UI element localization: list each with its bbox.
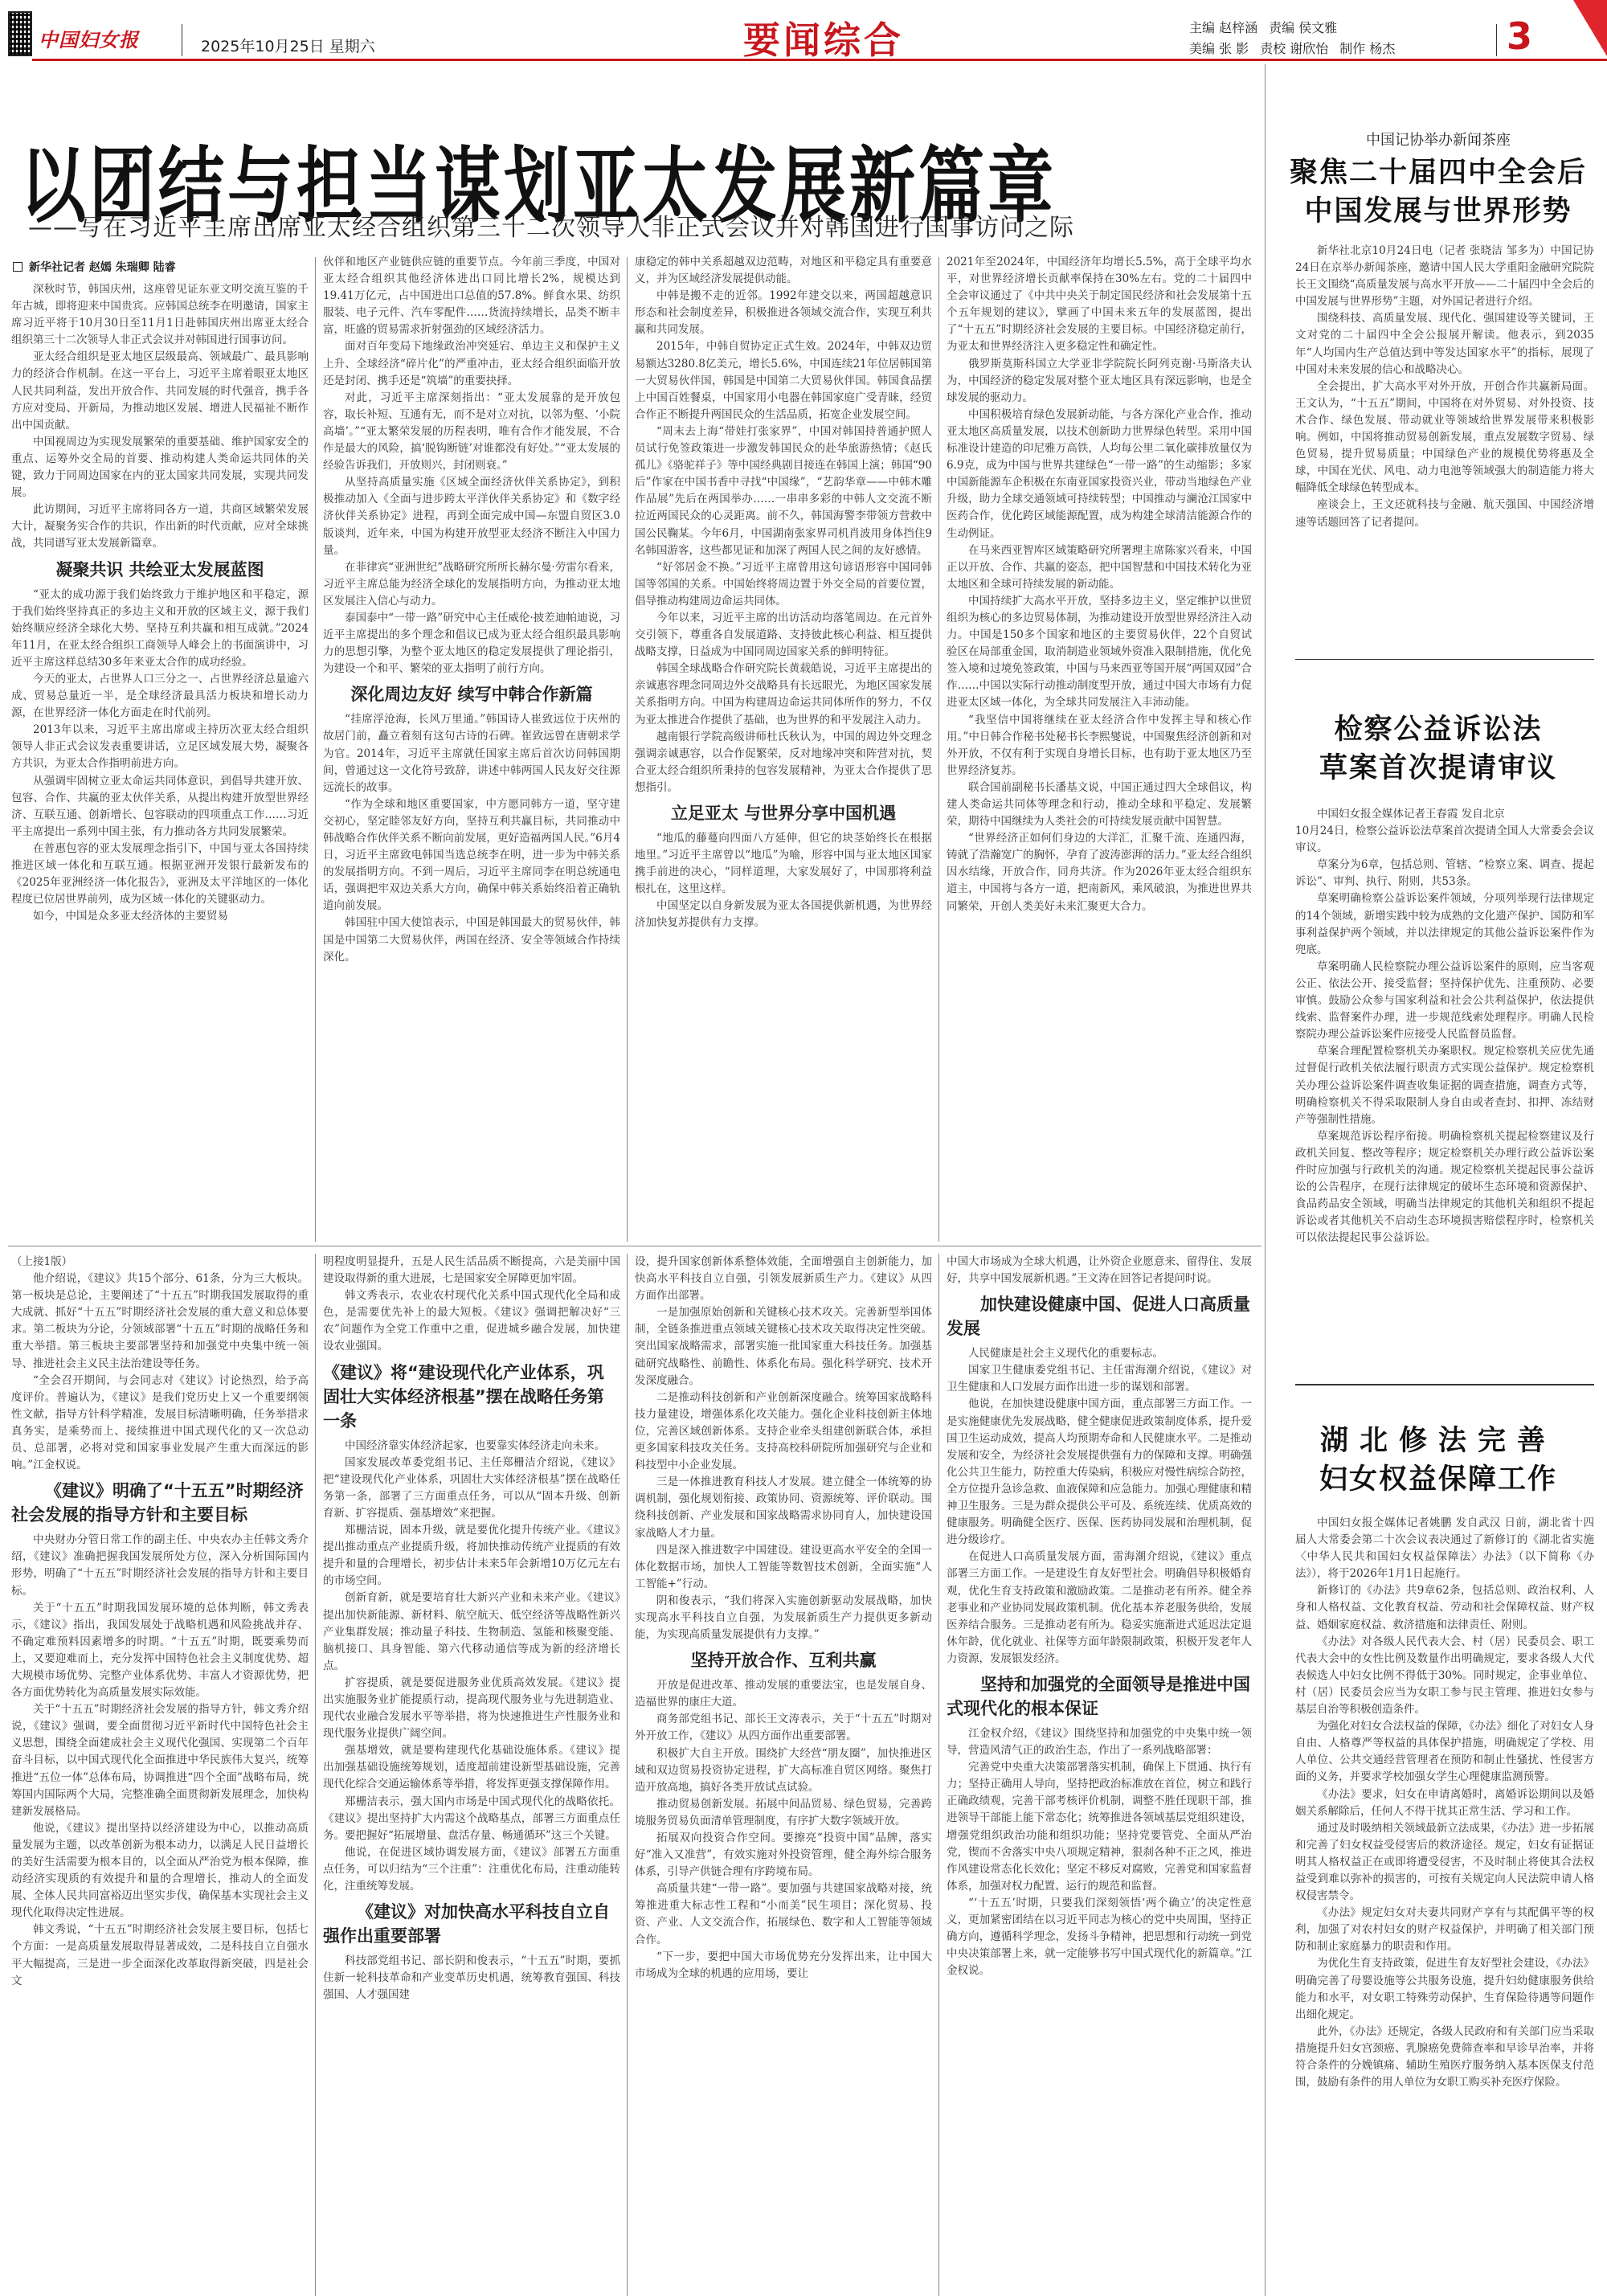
paragraph: 他说，在促进区域协调发展方面，《建议》部署五方面重点任务，可以归结为“三个注重”… xyxy=(323,1844,620,1895)
paragraph: 为优化生育支持政策，促进生育友好型社会建设，《办法》明确完善了母婴设施等公共服务… xyxy=(1295,1955,1594,2023)
divider xyxy=(182,24,182,56)
paragraph: 《办法》对各级人民代表大会、村（居）民委员会、职工代表大会中的女性比例及数量作出… xyxy=(1295,1634,1594,1718)
paragraph: 在普惠包容的亚太发展理念指引下，中国与亚太各国持续推进区域一体化和互联互通。根据… xyxy=(11,841,309,908)
sidebar-story3-title-line1[interactable]: 湖北修法完善 xyxy=(1286,1422,1591,1459)
sidebar-story2-title-line2[interactable]: 草案首次提请审议 xyxy=(1286,750,1591,787)
paragraph: 他说，《建议》提出坚持以经济建设为中心，以推动高质量发展为主题，以改革创新为根本… xyxy=(11,1820,309,1922)
paragraph: 对此，习近平主席深刻指出：“亚太发展靠的是开放包容，取长补短、互通有无，而不是对… xyxy=(323,390,620,474)
square-icon xyxy=(13,262,22,272)
paragraph: 亚太经合组织是亚太地区层级最高、领域最广、最具影响力的经济合作机制。在这一平台上… xyxy=(11,349,309,433)
paragraph: “作为全球和地区重要国家，中方愿同韩方一道，坚守建交初心，坚定睦邻友好方向，坚持… xyxy=(323,796,620,915)
sidebar-divider xyxy=(1265,64,1266,2296)
sidebar-story1-title-line1[interactable]: 聚焦二十届四中全会后 xyxy=(1286,154,1591,191)
paragraph: 草案合理配置检察机关办案职权。规定检察机关应优先通过督促行政机关依法履行职责方式… xyxy=(1295,1043,1594,1128)
section-heading: 《建议》将“建设现代化产业体系，巩固壮大实体经济根基”摆在战略任务第一条 xyxy=(323,1361,620,1433)
paragraph: 二是推动科技创新和产业创新深度融合。统筹国家战略科技力量建设，增强体系化攻关能力… xyxy=(635,1389,932,1474)
credit: 责编 侯文雅 xyxy=(1269,20,1337,35)
paragraph: 此访期间，习近平主席将同各方一道，共商区域繁荣发展大计，凝聚务实合作的共识，作出… xyxy=(11,501,309,552)
paragraph: 中国大市场成为全球大机遇，让外资企业愿意来、留得住、发展好，共享中国发展新机遇。… xyxy=(947,1254,1252,1287)
paragraph: 《办法》规定妇女对夫妻共同财产享有与其配偶平等的权利，加强了对农村妇女的财产权益… xyxy=(1295,1905,1594,1955)
sidebar-divider xyxy=(1295,1384,1594,1385)
sidebar-story3-title-line2[interactable]: 妇女权益保障工作 xyxy=(1286,1461,1591,1498)
continuation-column-4: 中国大市场成为全球大机遇，让外资企业愿意来、留得住、发展好，共享中国发展新机遇。… xyxy=(947,1254,1252,2296)
section-heading: 凝聚共识 共绘亚太发展蓝图 xyxy=(11,558,309,582)
column-divider xyxy=(938,1254,939,2296)
paragraph: “地瓜的藤蔓向四面八方延伸，但它的块茎始终长在根据地里。”习近平主席曾以“地瓜”… xyxy=(635,830,932,898)
paragraph: 2013年以来，习近平主席出席或主持历次亚太经合组织领导人非正式会议发表重要讲话… xyxy=(11,722,309,772)
column-divider xyxy=(315,257,316,1242)
paragraph: “下一步，要把中国大市场优势充分发挥出来，让中国大市场成为全球的机遇的应用场，要… xyxy=(635,1949,932,1983)
paragraph: 中国坚定以自身新发展为亚太各国提供新机遇，为世界经济加快复苏提供有力支撑。 xyxy=(635,898,932,931)
sidebar-story2-title-line1[interactable]: 检察公益诉讼法 xyxy=(1286,711,1591,748)
paragraph: 草案明确检察公益诉讼案件领域，分项列举现行法律规定的14个领域，新增实践中较为成… xyxy=(1295,890,1594,958)
sidebar-story1-body: 新华社北京10月24日电（记者 张晓洁 邹多为）中国记协24日在京举办新闻茶座，… xyxy=(1295,243,1594,645)
paragraph: 国家发展改革委党组书记、主任郑栅洁介绍说，《建议》把“建设现代化产业体系，巩固壮… xyxy=(323,1455,620,1522)
paragraph: 联合国前副秘书长潘基文说，中国正通过四大全球倡议，构建人类命运共同体等理念和行动… xyxy=(947,780,1252,830)
section-heading: 《建议》对加快高水平科技自立自强作出重要部署 xyxy=(323,1900,620,1948)
paragraph: 扩容提质，就是要促进服务业优质高效发展。《建议》提出实施服务业扩能提质行动，提高… xyxy=(323,1675,620,1742)
paragraph: 通过及时吸纳相关领域最新立法成果，《办法》进一步拓展和完善了妇女权益受侵害后的救… xyxy=(1295,1820,1594,1905)
section-heading: 加快建设健康中国、促进人口高质量发展 xyxy=(947,1292,1252,1340)
section-heading: 坚持开放合作、互利共赢 xyxy=(635,1648,932,1672)
paragraph: 草案明确人民检察院办理公益诉讼案件的原则，应当客观公正、依法公开、接受监督；坚持… xyxy=(1295,959,1594,1043)
byline-text: 新华社记者 赵嫣 朱瑞卿 陆睿 xyxy=(29,261,176,274)
column-divider xyxy=(938,257,939,1242)
corner-triangle-icon xyxy=(1573,0,1607,56)
paragraph: 中国积极培育绿色发展新动能，与各方深化产业合作，推动亚太地区高质量发展，以技术创… xyxy=(947,407,1252,542)
sidebar-story3-body: 中国妇女报全媒体记者姚鹏 发自武汉 日前，湖北省十四届人大常委会第二十次会议表决… xyxy=(1295,1515,1594,2296)
paragraph: “好邻居金不换。”习近平主席曾用这句谚语形容中国同韩国等邻国的关系。中国始终将周… xyxy=(635,559,932,610)
paragraph: 高质量共建“一带一路”。要加强与共建国家战略对接，统筹推进重大标志性工程和“小而… xyxy=(635,1881,932,1948)
paragraph: 在菲律宾“亚洲世纪”战略研究所所长赫尔曼·劳雷尔看来，习近平主席总能为经济全球化… xyxy=(323,559,620,610)
credit: 美编 张 影 xyxy=(1189,41,1249,56)
paragraph: “周末去上海“带娃打张家界”，中国对韩国持普通护照人员试行免签政策进一步激发韩国… xyxy=(635,424,932,559)
editor-credits: 主编 赵梓涵责编 侯文雅 美编 张 影责校 谢欣怡制作 杨杰 xyxy=(1189,18,1406,59)
paragraph: 完善党中央重大决策部署落实机制，确保上下贯通、执行有力；坚持正确用人导向，坚持把… xyxy=(947,1759,1252,1895)
section-heading: 坚持和加强党的全面领导是推进中国式现代化的根本保证 xyxy=(947,1672,1252,1721)
paragraph: 他介绍说，《建议》共15个部分、61条，分为三大板块。第一板块是总论，主要阐述了… xyxy=(11,1271,309,1373)
continuation-column-2: 明程度明显提升，五是人民生活品质不断提高，六是美丽中国建设取得新的重大进展，七是… xyxy=(323,1254,620,2296)
paragraph: “世界经济正如何们身边的大洋汇，汇聚千流、连通四海，铸就了浩瀚宽广的胸怀，孕育了… xyxy=(947,830,1252,915)
dateline: 中国妇女报全媒体记者王春霞 发自北京 xyxy=(1317,808,1505,821)
column-divider xyxy=(315,1254,316,2296)
masthead-rule xyxy=(32,59,1607,61)
paragraph: 三是一体推进教育科技人才发展。建立健全一体统筹的协调机制，强化规划衔接、政策协同… xyxy=(635,1474,932,1541)
column-divider xyxy=(627,257,628,1242)
paragraph: 中央财办分管日常工作的副主任、中央农办主任韩文秀介绍，《建议》准确把握我国发展所… xyxy=(11,1532,309,1599)
paragraph: 中国持续扩大高水平开放，坚持多边主义，坚定维护以世贸组织为核心的多边贸易体制，为… xyxy=(947,593,1252,712)
paragraph: 韩国驻中国大使馆表示，中国是韩国最大的贸易伙伴，韩国是中国第二大贸易伙伴，两国在… xyxy=(323,915,620,965)
paragraph: “亚太的成功源于我们始终致力于维护地区和平稳定，源于我们始终坚持真正的多边主义和… xyxy=(11,587,309,671)
masthead: 中国妇女报 2025年10月25日 星期六 要闻综合 主编 赵梓涵责编 侯文雅 … xyxy=(0,0,1607,60)
paragraph: 面对百年变局下地缘政治冲突延宕、单边主义和保护主义上升、全球经济“碎片化”的严重… xyxy=(323,338,620,389)
lead-subheadline: ——写在习近平主席出席亚太经合组织第三十二次领导人非正式会议并对韩国进行国事访问… xyxy=(28,207,1074,243)
continuation-column-1: （上接1版） 他介绍说，《建议》共15个部分、61条，分为三大板块。第一板块是总… xyxy=(11,1254,309,2296)
paragraph: 设，提升国家创新体系整体效能，全面增强自主创新能力，加快高水平科技自立自强，引领… xyxy=(635,1254,932,1304)
page-number: 3 xyxy=(1507,14,1532,58)
lead-column-4: 2021年至2024年，中国经济年均增长5.5%，高于全球平均水平，对世界经济增… xyxy=(947,254,1252,1238)
divider xyxy=(1496,24,1497,56)
paragraph: 阴和俊表示，“我们将深入实施创新驱动发展战略，加快实现高水平科技自立自强，为发展… xyxy=(635,1593,932,1643)
paragraph: “‘十五五’时期，只要我们深刻领悟‘两个确立’的决定性意义，更加紧密团结在以习近… xyxy=(947,1895,1252,1979)
paragraph: 从坚持高质量实施《区域全面经济伙伴关系协定》，到积极推动加入《全面与进步跨太平洋… xyxy=(323,474,620,559)
paragraph: 韩文秀说，“十五五”时期经济社会发展主要目标，包括七个方面：一是高质量发展取得显… xyxy=(11,1922,309,1989)
paragraph: 推动贸易创新发展。拓展中间品贸易、绿色贸易，完善跨境服务贸易负面清单管理制度，有… xyxy=(635,1796,932,1830)
paragraph: 拓展双向投资合作空间。要擦亮“投资中国”品牌，落实好“准入又准营”，有效实施对外… xyxy=(635,1830,932,1881)
paragraph: 泰国泰中“一带一路”研究中心主任威伦·披差迪帕迪说，习近平主席提出的多个理念和倡… xyxy=(323,610,620,677)
paragraph: 郑栅洁说，固本升级，就是要优化提升传统产业。《建议》提出推动重点产业提质升级，将… xyxy=(323,1522,620,1590)
paragraph: 围绕科技、高质量发展、现代化、强国建设等关键词，王文对党的二十届四中全会公报展开… xyxy=(1295,310,1594,378)
paragraph: 今天的亚太，占世界人口三分之一、占世界经济总量逾六成、贸易总量近一半，是全球经济… xyxy=(11,671,309,722)
paragraph: 一是加强原始创新和关键核心技术攻关。完善新型举国体制，全链条推进重点领域关键核心… xyxy=(635,1304,932,1389)
paragraph: 商务部党组书记、部长王文涛表示，关于“十五五”时期对外开放工作，《建议》从四方面… xyxy=(635,1711,932,1745)
dateline: 新华社北京10月24日电（记者 张晓洁 邹多为） xyxy=(1317,244,1550,257)
paragraph: 郑栅洁表示，强大国内市场是中国式现代化的战略依托。《建议》提出坚持扩大内需这个战… xyxy=(323,1794,620,1844)
paragraph: 伙伴和地区产业链供应链的重要节点。今年前三季度，中国对亚太经合组织其他经济体进出… xyxy=(323,254,620,338)
paragraph: 明程度明显提升，五是人民生活品质不断提高，六是美丽中国建设取得新的重大进展，七是… xyxy=(323,1254,620,1287)
paragraph: 创新育新，就是要培育壮大新兴产业和未来产业。《建议》提出加快新能源、新材料、航空… xyxy=(323,1590,620,1674)
paragraph: 康稳定的韩中关系超越双边范畴，对地区和平稳定具有重要意义，并为区域经济发展提供动… xyxy=(635,254,932,288)
paragraph: 越南银行学院高级讲师杜氏秋认为，中国的周边外交理念强调亲诚惠容，以合作促繁荣，反… xyxy=(635,729,932,796)
lead-column-3: 康稳定的韩中关系超越双边范畴，对地区和平稳定具有重要意义，并为区域经济发展提供动… xyxy=(635,254,932,1238)
paragraph: 全会提出，扩大高水平对外开放，开创合作共赢新局面。王文认为，“十五五”期间，中国… xyxy=(1295,379,1594,497)
paragraph: 开放是促进改革、推动发展的重要法宝，也是发展自身、造福世界的康庄大道。 xyxy=(635,1677,932,1711)
paragraph: 关于“十五五”时期我国发展环境的总体判断，韩文秀表示，《建议》指出，我国发展处于… xyxy=(11,1600,309,1702)
paragraph: 中国视周边为实现发展繁荣的重要基础、维护国家安全的重点、运筹外交全局的首要、推动… xyxy=(11,434,309,501)
paragraph: 10月24日，检察公益诉讼法草案首次提请全国人大常委会会议审议。 xyxy=(1295,823,1594,857)
section-heading: 《建议》明确了“十五五”时期经济社会发展的指导方针和主要目标 xyxy=(11,1479,309,1527)
newspaper-logo[interactable]: 中国妇女报 xyxy=(39,24,139,52)
sidebar-story1-title-line2[interactable]: 中国发展与世界形势 xyxy=(1286,193,1591,230)
paragraph: 草案规范诉讼程序衔接。明确检察机关提起检察建议及行政机关回复、整改等程序；规定检… xyxy=(1295,1128,1594,1247)
lead-column-1: 深秋时节，韩国庆州，这座曾见证东亚文明交流互鉴的千年古城，即将迎来中国贵宾。应韩… xyxy=(11,281,309,1238)
paragraph: 此外，《办法》还规定，各级人民政府和有关部门应当采取措施提升妇女宫颈癌、乳腺癌免… xyxy=(1295,2024,1594,2091)
dateline: 中国妇女报全媒体记者姚鹏 发自武汉 xyxy=(1317,1516,1501,1529)
paragraph: 强基增效，就是要构建现代化基础设施体系。《建议》提出加强基础设施统筹规划，适度超… xyxy=(323,1742,620,1793)
continuation-label: （上接1版） xyxy=(11,1254,309,1271)
paragraph: 中国经济靠实体经济起家，也要靠实体经济走向未来。 xyxy=(323,1438,620,1455)
paragraph: 今年以来，习近平主席的出访活动均落笔周边。在元首外交引领下，尊重各自发展道路、支… xyxy=(635,610,932,661)
paragraph: 深秋时节，韩国庆州，这座曾见证东亚文明交流互鉴的千年古城，即将迎来中国贵宾。应韩… xyxy=(11,281,309,349)
paragraph: 《办法》要求，妇女在申请离婚时，离婚诉讼期间以及婚姻关系解除后，任何人不得干扰其… xyxy=(1295,1786,1594,1820)
paragraph: “挂席浮沧海，长风万里通。”韩国诗人崔致远位于庆州的故居门前，矗立着刻有这句古诗… xyxy=(323,711,620,796)
paragraph: 中韩是搬不走的近邻。1992年建交以来，两国超越意识形态和社会制度差异，积极推进… xyxy=(635,288,932,338)
paragraph: 国家卫生健康委党组书记、主任雷海潮介绍说，《建议》对卫生健康和人口发展方面作出进… xyxy=(947,1362,1252,1396)
issue-date: 2025年10月25日 星期六 xyxy=(201,35,375,56)
sidebar-divider xyxy=(1295,659,1594,660)
section-heading: 立足亚太 与世界分享中国机遇 xyxy=(635,801,932,825)
paragraph: 人民健康是社会主义现代化的重要标志。 xyxy=(947,1345,1252,1362)
credit: 主编 赵梓涵 xyxy=(1189,20,1257,35)
paragraph: 科技部党组书记、部长阴和俊表示，“十五五”时期，要抓住新一轮科技革命和产业变革历… xyxy=(323,1953,620,2003)
section-heading: 深化周边友好 续写中韩合作新篇 xyxy=(323,682,620,706)
sidebar-story2-body: 中国妇女报全媒体记者王春霞 发自北京 10月24日，检察公益诉讼法草案首次提请全… xyxy=(1295,806,1594,1369)
lead-byline: 新华社记者 赵嫣 朱瑞卿 陆睿 xyxy=(13,259,176,275)
section-title: 要闻综合 xyxy=(743,11,904,64)
paragraph: 座谈会上，王文还就科技与金融、航天强国、中国经济增速等话题回答了记者提问。 xyxy=(1295,497,1594,530)
paragraph: 在促进人口高质量发展方面，雷海潮介绍说，《建议》重点部署三方面工作。一是建设生育… xyxy=(947,1549,1252,1668)
paragraph: 2021年至2024年，中国经济年均增长5.5%，高于全球平均水平，对世界经济增… xyxy=(947,254,1252,356)
paragraph: 从强调牢固树立亚太命运共同体意识，到倡导共建开放、包容、合作、共赢的亚太伙伴关系… xyxy=(11,773,309,841)
section-divider xyxy=(8,1246,1261,1246)
column-divider xyxy=(627,1254,628,2296)
paragraph: 为强化对妇女合法权益的保障，《办法》细化了对妇女人身自由、人格尊严等权益的具体保… xyxy=(1295,1718,1594,1786)
credit: 制作 杨杰 xyxy=(1339,41,1395,56)
paragraph: “我坚信中国将继续在亚太经济合作中发挥主导和核心作用。”中日韩合作秘书处秘书长李… xyxy=(947,712,1252,780)
paragraph: 在马来西亚智库区域策略研究所署理主席陈家兴看来，中国正以开放、合作、共赢的姿态，… xyxy=(947,542,1252,593)
paragraph: 俄罗斯莫斯科国立大学亚非学院院长阿列克谢·马斯洛夫认为，中国经济的稳定发展对整个… xyxy=(947,356,1252,407)
lead-column-2: 伙伴和地区产业链供应链的重要节点。今年前三季度，中国对亚太经合组织其他经济体进出… xyxy=(323,254,620,1238)
paragraph: 江金权介绍，《建议》围绕坚持和加强党的中央集中统一领导，营造风清气正的政治生态，… xyxy=(947,1725,1252,1759)
paragraph: 新修订的《办法》共9章62条，包括总则、政治权利、人身和人格权益、文化教育权益、… xyxy=(1295,1582,1594,1633)
paragraph: 积极扩大自主开放。围绕扩大经营“朋友圈”，加快推进区域和双边贸易投资协定进程，扩… xyxy=(635,1746,932,1796)
paragraph: 关于“十五五”时期经济社会发展的指导方针，韩文秀介绍说，《建议》强调，要全面贯彻… xyxy=(11,1701,309,1820)
paragraph: 如今，中国是众多亚太经济体的主要贸易 xyxy=(11,908,309,925)
paragraph: 韩国全球战略合作研究院长黄载皓说，习近平主席提出的亲诚惠容理念同周边外交战略具有… xyxy=(635,661,932,728)
paragraph: 2015年，中韩自贸协定正式生效。2024年，中韩双边贸易额达3280.8亿美元… xyxy=(635,338,932,423)
paragraph: 韩文秀表示，农业农村现代化关系中国式现代化全局和成色，是需要优先补上的最大短板。… xyxy=(323,1287,620,1355)
paragraph: 草案分为6章，包括总则、管辖、“检察立案、调查、提起诉讼”、审判、执行、附则，共… xyxy=(1295,857,1594,890)
qr-code-icon[interactable] xyxy=(8,11,32,56)
paragraph: 四是深入推进数字中国建设。建设更高水平安全的全国一体化数据市场，加快人工智能等数… xyxy=(635,1542,932,1593)
paragraph: 他说，在加快建设健康中国方面，重点部署三方面工作。一是实施健康优先发展战略，健全… xyxy=(947,1396,1252,1549)
paragraph: “全会召开期间，与会同志对《建议》讨论热烈，给予高度评价。普遍认为，《建议》是我… xyxy=(11,1373,309,1475)
continuation-column-3: 设，提升国家创新体系整体效能，全面增强自主创新能力，加快高水平科技自立自强，引领… xyxy=(635,1254,932,2296)
sidebar-story1-kicker: 中国记协举办新闻茶座 xyxy=(1286,129,1591,149)
credit: 责校 谢欣怡 xyxy=(1260,41,1328,56)
